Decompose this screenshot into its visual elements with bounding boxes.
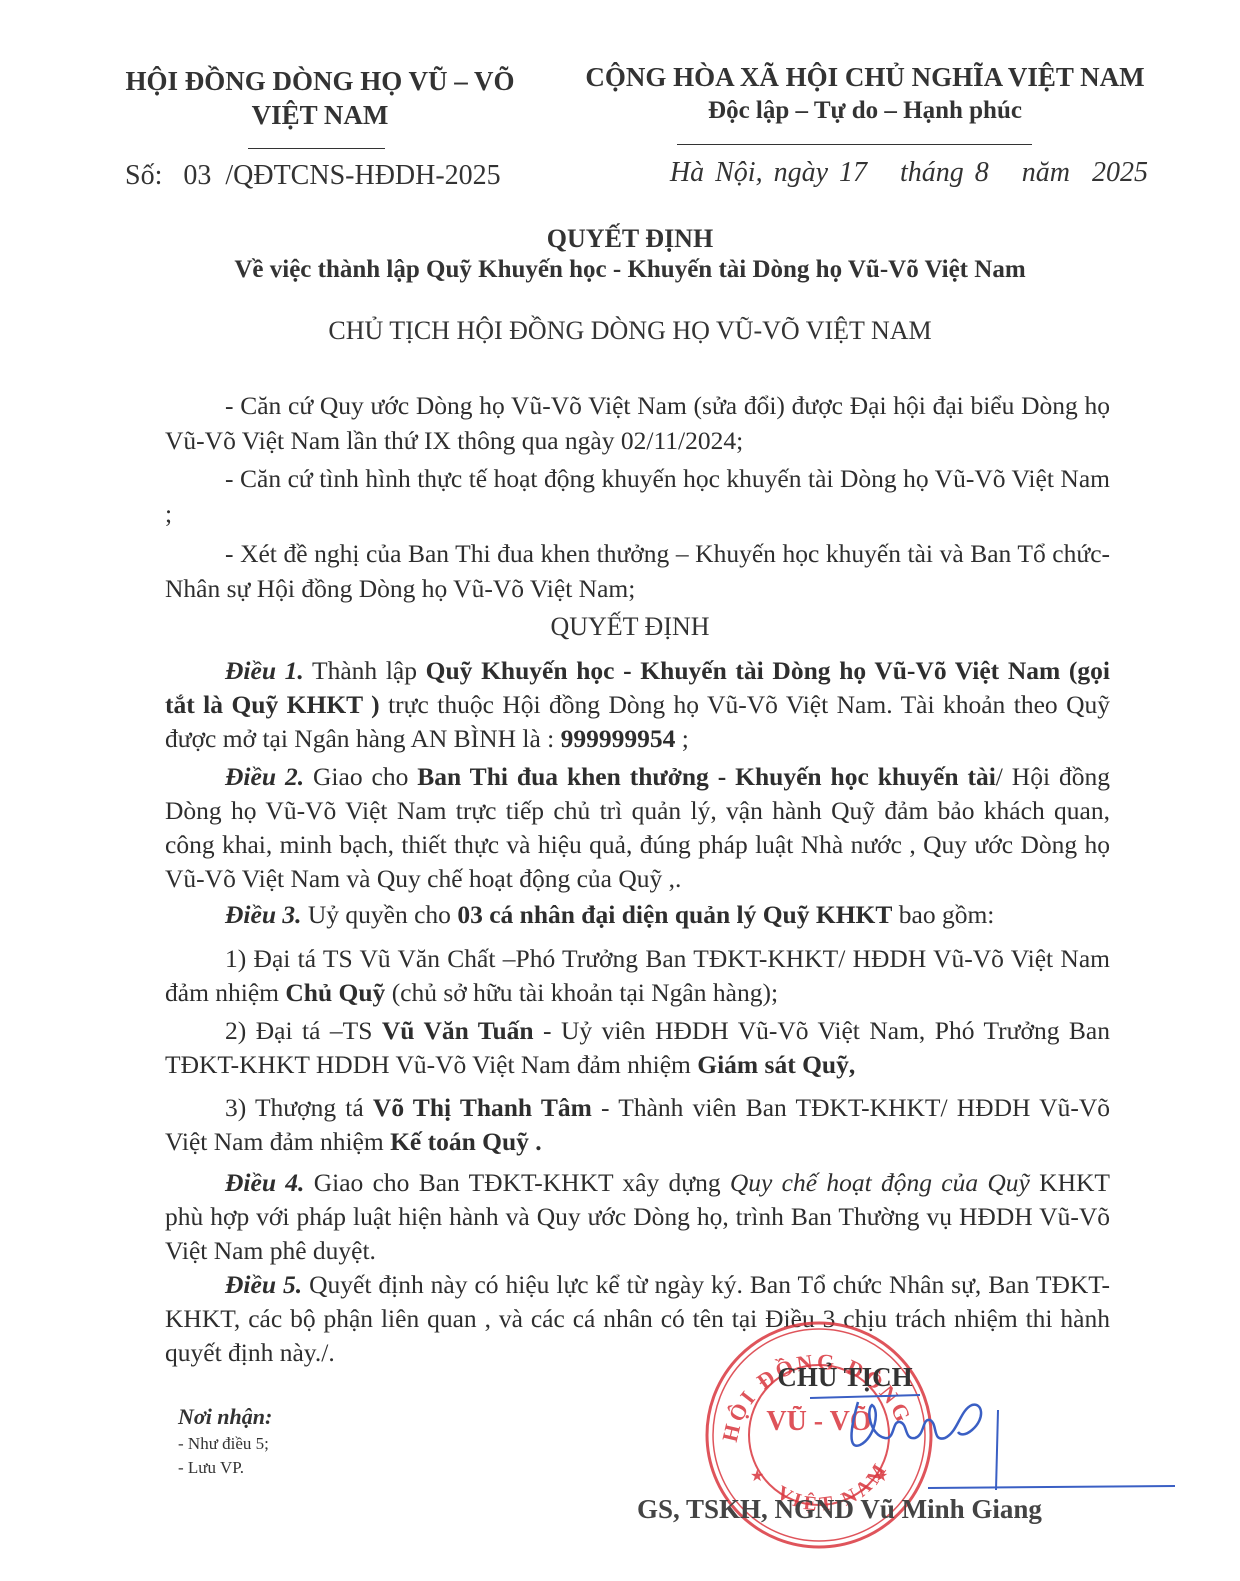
document-title: QUYẾT ĐỊNH [100,224,1160,254]
preamble-item: - Căn cứ tình hình thực tế hoạt động khu… [165,461,1110,531]
svg-text:★: ★ [750,1468,764,1485]
country-name: CỘNG HÒA XÃ HỘI CHỦ NGHĨA VIỆT NAM [560,60,1170,94]
recipient-item: - Như điều 5; [178,1434,269,1454]
article-2: Điều 2. Giao cho Ban Thi đua khen thưởng… [165,760,1110,896]
document-number: Số: 03 /QĐTCNS-HĐDH-2025 [125,160,501,192]
recipients-label: Nơi nhận: [178,1404,272,1430]
committee-name: Ban Thi đua khen thưởng - Khuyến học khu… [417,762,996,791]
article-label: Điều 2. [225,762,304,791]
recipient-item: - Lưu VP. [178,1458,244,1478]
member-role: Chủ Quỹ [285,978,385,1007]
article-4: Điều 4. Giao cho Ban TĐKT-KHKT xây dựng … [165,1166,1110,1268]
article-text: bao gồm: [892,900,994,929]
article-label: Điều 3. [225,900,302,929]
article-text: Quyết định này có hiệu lực kể từ ngày ký… [165,1270,1110,1367]
preamble-item: - Căn cứ Quy ước Dòng họ Vũ-Võ Việt Nam … [165,388,1110,458]
handwritten-signature-icon [800,1390,1180,1500]
article-text: Thành lập [304,656,426,685]
org-name-line2: VIỆT NAM [100,98,540,132]
document-subject: Về việc thành lập Quỹ Khuyến học - Khuyế… [100,256,1160,284]
org-name-line1: HỘI ĐỒNG DÒNG HỌ VŨ – VÕ [100,64,540,98]
article-label: Điều 1. [225,656,304,685]
article-text: Giao cho Ban TĐKT-KHKT xây dựng [304,1168,729,1197]
article-label: Điều 4. [225,1168,304,1197]
signer-title: CHỦ TỊCH [740,1362,950,1393]
article-text: ; [675,724,688,753]
member-item: 3) Thượng tá Võ Thị Thanh Tâm - Thành vi… [165,1091,1110,1159]
article-5: Điều 5. Quyết định này có hiệu lực kể từ… [165,1268,1110,1370]
decision-heading: QUYẾT ĐỊNH [100,612,1160,642]
member-role: Kế toán Quỹ . [390,1127,542,1156]
national-motto: Độc lập – Tự do – Hạnh phúc [560,94,1170,128]
member-name: Vũ Văn Tuấn [382,1016,534,1045]
member-item: 1) Đại tá TS Vũ Văn Chất –Phó Trưởng Ban… [165,942,1110,1010]
document-date: Hà Nội, ngày 17 tháng 8 năm 2025 [560,157,1148,189]
header-left-divider [248,148,385,149]
member-name: Võ Thị Thanh Tâm [373,1093,592,1122]
article-3: Điều 3. Uỷ quyền cho 03 cá nhân đại diện… [165,898,1110,932]
preamble-item: - Xét đề nghị của Ban Thi đua khen thưởn… [165,536,1110,606]
member-role: Giám sát Quỹ, [697,1050,855,1079]
member-item: 2) Đại tá –TS Vũ Văn Tuấn - Uỷ viên HĐDH… [165,1014,1110,1082]
header-right-divider [677,144,1032,145]
article-text: Uỷ quyền cho [302,900,458,929]
issuing-authority: CHỦ TỊCH HỘI ĐỒNG DÒNG HỌ VŨ-VÕ VIỆT NAM [100,316,1160,346]
article-label: Điều 5. [225,1270,302,1299]
signer-name: GS, TSKH, NGND Vũ Minh Giang [637,1494,1042,1525]
representatives: 03 cá nhân đại diện quản lý Quỹ KHKT [457,900,892,929]
national-header: CỘNG HÒA XÃ HỘI CHỦ NGHĨA VIỆT NAM Độc l… [560,60,1170,128]
organization-header: HỘI ĐỒNG DÒNG HỌ VŨ – VÕ VIỆT NAM [100,64,540,132]
article-1: Điều 1. Thành lập Quỹ Khuyến học - Khuyế… [165,654,1110,756]
bank-account-number: 999999954 [561,724,676,753]
article-text: Giao cho [304,762,417,791]
regulation-name: Quy chế hoạt động của Quỹ [730,1168,1030,1197]
